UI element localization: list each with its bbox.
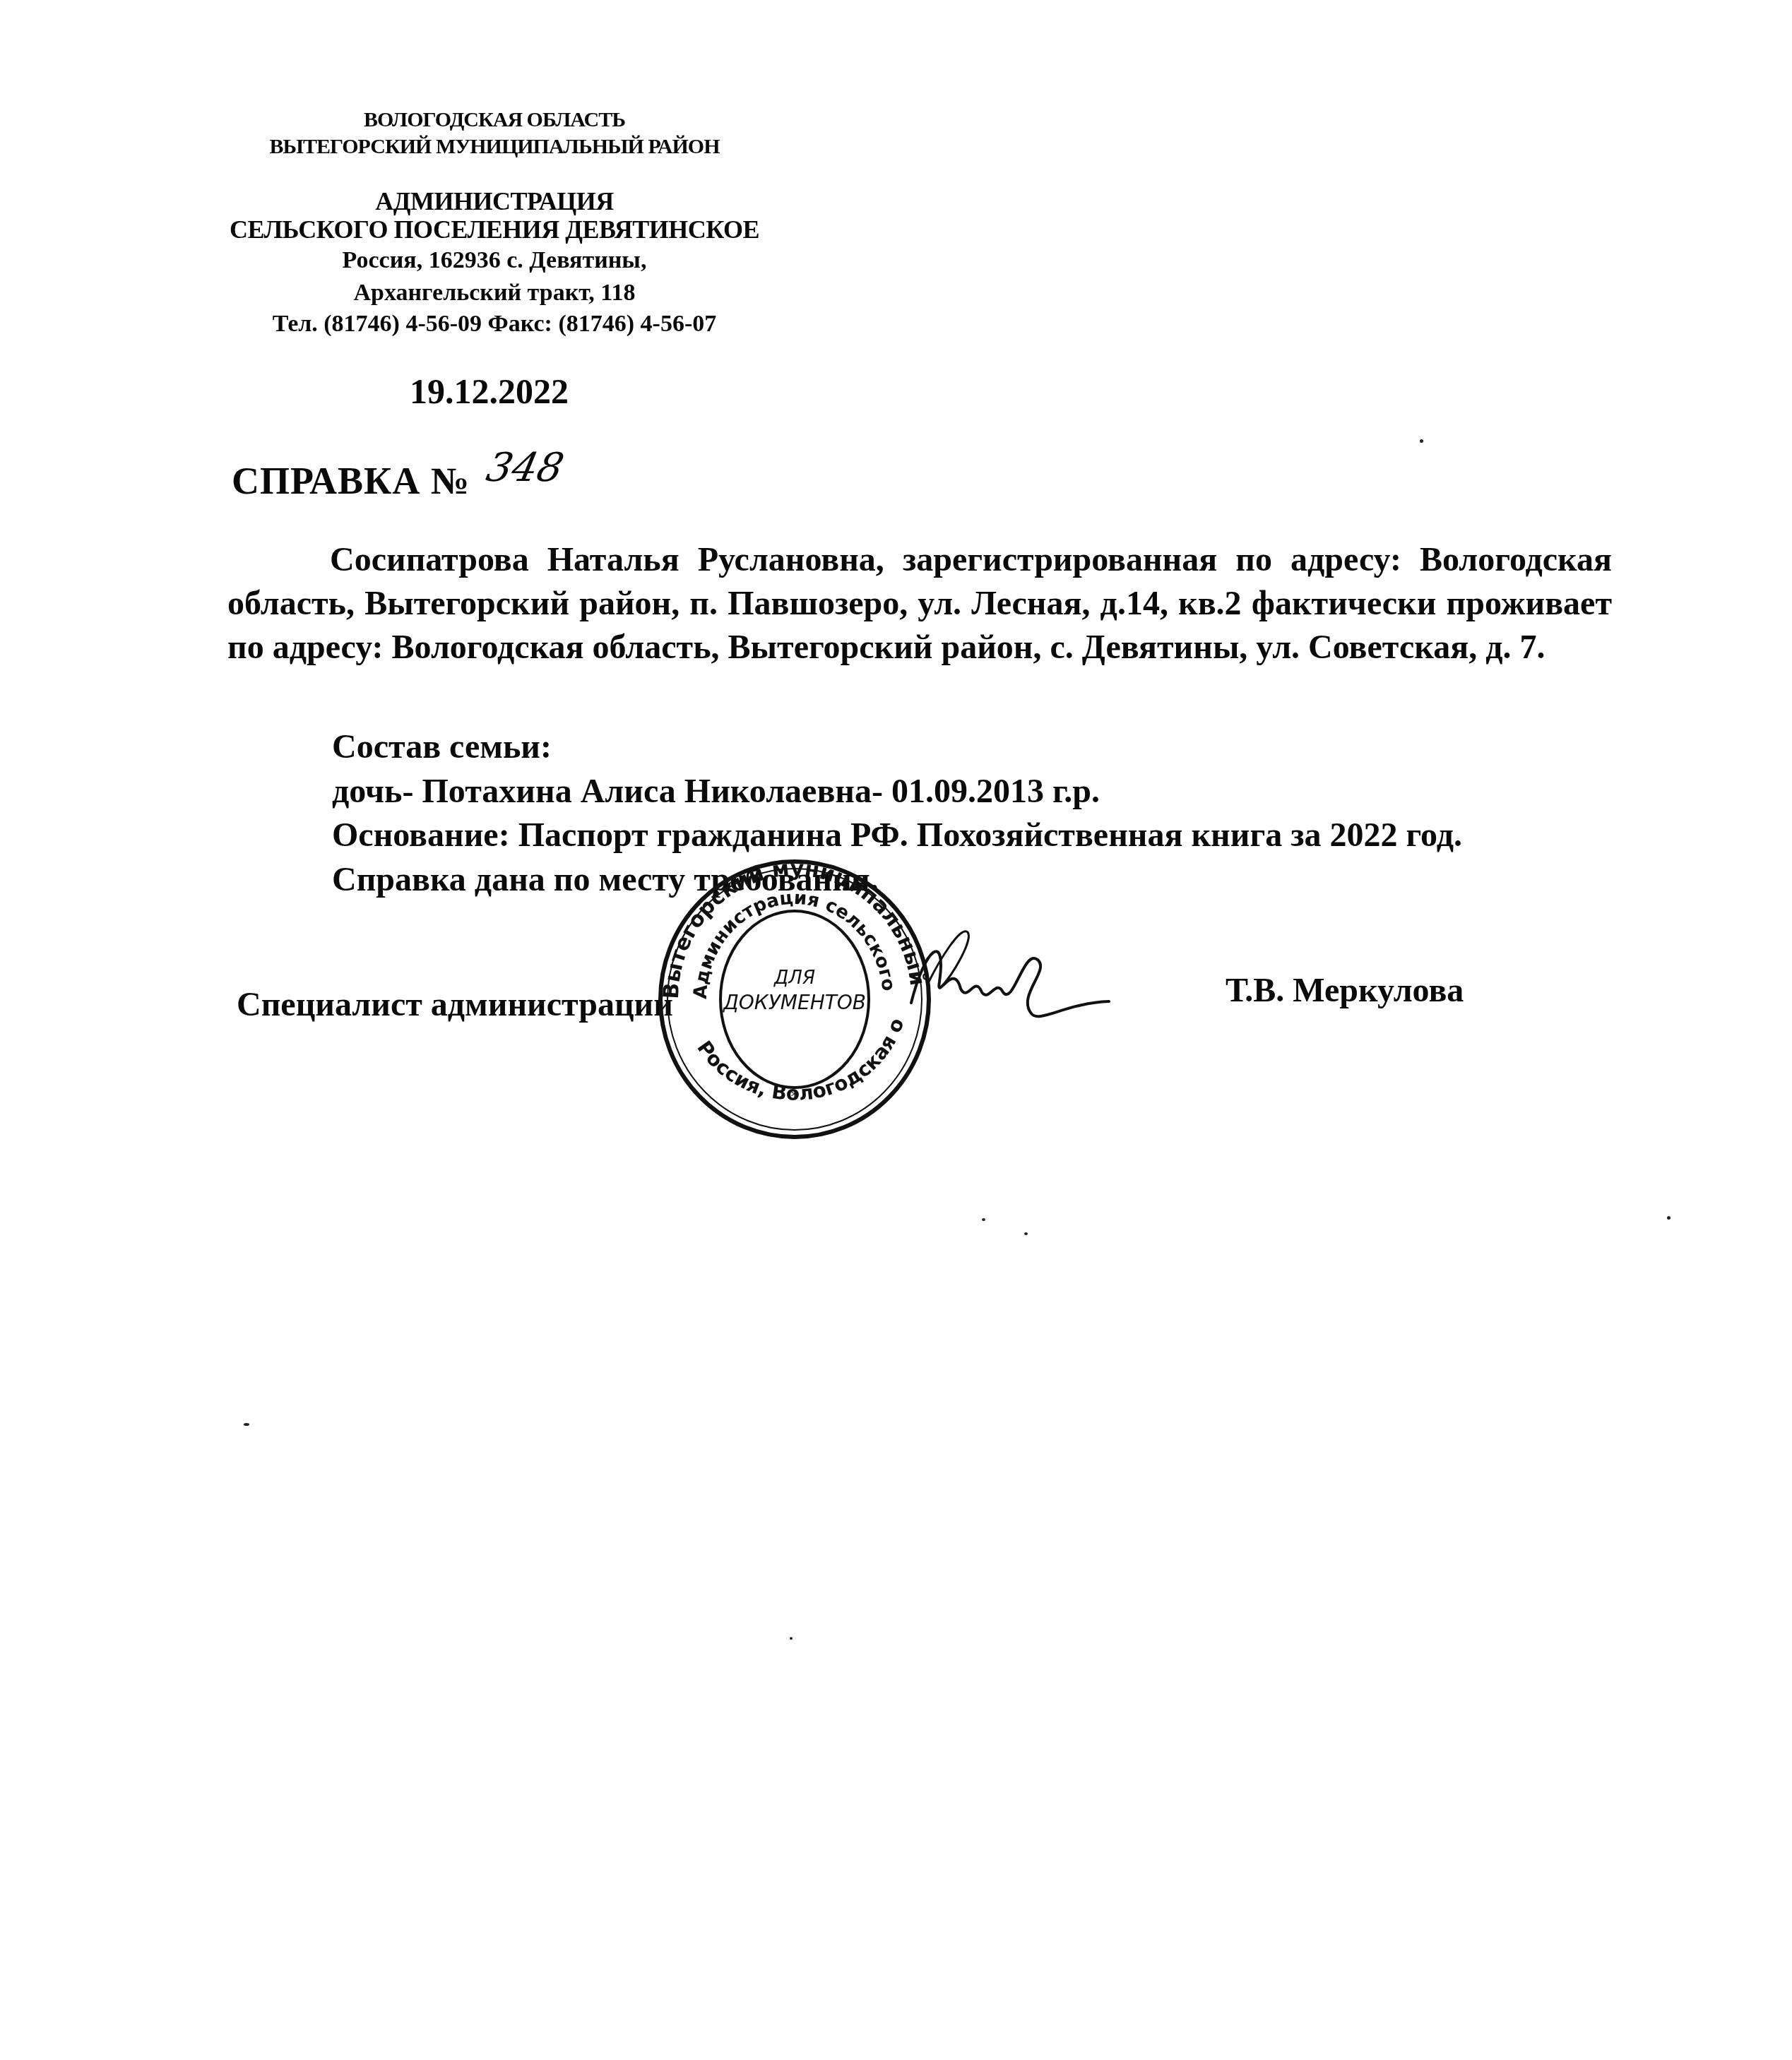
header-contacts: Тел. (81746) 4-56-09 Факс: (81746) 4-56-…	[212, 308, 777, 340]
header-org-line2: СЕЛЬСКОГО ПОСЕЛЕНИЯ ДЕВЯТИНСКОЕ	[212, 213, 777, 246]
certificate-number-handwritten: 348	[482, 445, 568, 491]
stamp-center-line2: ДОКУМЕНТОВ	[722, 991, 866, 1014]
handwritten-signature-icon	[897, 918, 1123, 1031]
scan-speck	[1667, 1216, 1671, 1220]
stamp-center-line1: ДЛЯ	[773, 968, 815, 989]
document-title: СПРАВКА №	[232, 459, 470, 503]
scan-speck	[982, 1218, 985, 1221]
family-label: Состав семьи:	[332, 727, 552, 766]
scan-speck	[790, 1637, 793, 1640]
signer-position: Специалист администрации	[237, 985, 673, 1024]
document-body: Сосипатрова Наталья Руслановна, зарегист…	[227, 538, 1612, 669]
scan-speck	[244, 1423, 249, 1426]
header-address-line1: Россия, 162936 с. Девятины,	[212, 244, 777, 277]
residence-paragraph: Сосипатрова Наталья Руслановна, зарегист…	[227, 538, 1612, 669]
family-member: дочь- Потахина Алиса Николаевна- 01.09.2…	[332, 772, 1100, 811]
document-date: 19.12.2022	[410, 371, 569, 412]
stamp-star: *	[791, 1088, 799, 1106]
basis-line: Основание: Паспорт гражданина РФ. Похозя…	[332, 816, 1462, 855]
header-district: ВЫТЕГОРСКИЙ МУНИЦИПАЛЬНЫЙ РАЙОН	[212, 133, 777, 161]
header-address-line2: Архангельский тракт, 118	[212, 277, 777, 309]
scan-speck	[1420, 439, 1423, 443]
scan-speck	[1024, 1232, 1028, 1235]
header-region: ВОЛОГОДСКАЯ ОБЛАСТЬ	[212, 106, 777, 134]
signer-name: Т.В. Меркулова	[1226, 971, 1464, 1010]
